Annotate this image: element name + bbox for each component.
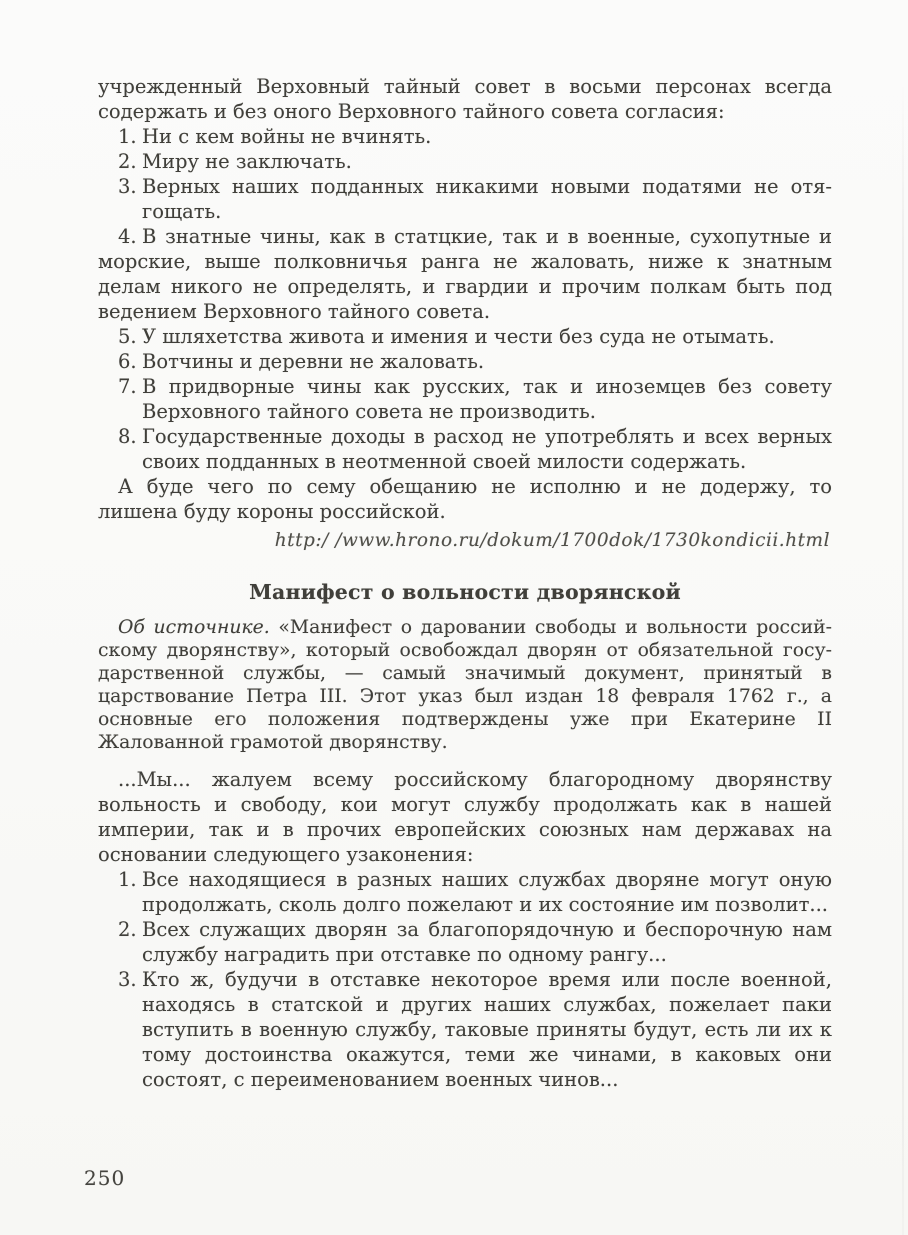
item-number: 5. — [118, 324, 142, 349]
item-text: Все находящиеся в разных наших службах д… — [142, 868, 832, 916]
item-text: Всех служащих дворян за благопорядочную … — [142, 918, 832, 966]
kondicii-continuation-paragraph: учрежденный Верховный тайный совет в вос… — [98, 74, 832, 124]
item-number: 6. — [118, 349, 142, 374]
item-number: 2. — [118, 149, 142, 174]
item-text: У шляхетства живота и имения и чести без… — [142, 325, 775, 348]
about-source-label: Об источнике. — [118, 617, 270, 638]
kondicii-item-5: 5.У шляхетства живота и имения и чести б… — [98, 324, 832, 349]
manifesto-item-1: 1.Все находящиеся в разных наших службах… — [98, 867, 832, 917]
kondicii-item-1: 1.Ни с кем войны не вчинять. — [98, 124, 832, 149]
item-text: Государственные доходы в расход не употр… — [142, 425, 832, 473]
item-text: Верных наших подданных никакими новыми п… — [142, 175, 832, 223]
manifesto-item-2: 2.Всех служащих дворян за благопорядочну… — [98, 917, 832, 967]
item-number: 3. — [118, 174, 142, 199]
item-text: Миру не заключать. — [142, 150, 352, 173]
item-text: Ни с кем войны не вчинять. — [142, 125, 431, 148]
item-number: 2. — [118, 917, 142, 942]
manifesto-about-paragraph: Об источнике. «Манифест о даровании своб… — [98, 616, 832, 754]
kondicii-closing-paragraph: А буде чего по сему обещанию не исполню … — [98, 474, 832, 524]
item-number: 8. — [118, 424, 142, 449]
item-text: Вотчины и деревни не жаловать. — [142, 350, 484, 373]
scanned-book-page: учрежденный Верховный тайный совет в вос… — [0, 0, 908, 1235]
kondicii-item-8: 8.Государственные доходы в расход не упо… — [98, 424, 832, 474]
kondicii-item-4: 4.В знатные чины, как в статцкие, так и … — [98, 224, 832, 324]
item-text: В знатные чины, как в статцкие, так и в … — [98, 225, 832, 323]
item-number: 4. — [118, 224, 142, 249]
manifesto-intro-paragraph: ...Мы... жалуем всему российскому благор… — [98, 767, 832, 867]
kondicii-item-3: 3.Верных наших подданных никакими новыми… — [98, 174, 832, 224]
kondicii-list: 1.Ни с кем войны не вчинять. 2.Миру не з… — [98, 124, 832, 474]
item-text: Кто ж, будучи в отставке некоторое время… — [142, 968, 832, 1091]
item-number: 3. — [118, 967, 142, 992]
source-url: http:/ /www.hrono.ru/dokum/1700dok/1730k… — [98, 528, 830, 553]
item-text: В придворные чины как русских, так и ино… — [142, 375, 832, 423]
manifesto-item-3: 3.Кто ж, будучи в отставке некоторое вре… — [98, 967, 832, 1092]
kondicii-item-6: 6.Вотчины и деревни не жаловать. — [98, 349, 832, 374]
item-number: 7. — [118, 374, 142, 399]
item-number: 1. — [118, 124, 142, 149]
manifesto-title: Манифест о вольности дворянской — [98, 580, 832, 605]
page-edge-shadow — [902, 80, 904, 1235]
kondicii-item-2: 2.Миру не заключать. — [98, 149, 832, 174]
manifesto-list: 1.Все находящиеся в разных наших службах… — [98, 867, 832, 1092]
item-number: 1. — [118, 867, 142, 892]
page-text-column: учрежденный Верховный тайный совет в вос… — [98, 74, 832, 1092]
page-number: 250 — [84, 1166, 125, 1190]
kondicii-item-7: 7.В придворные чины как русских, так и и… — [98, 374, 832, 424]
